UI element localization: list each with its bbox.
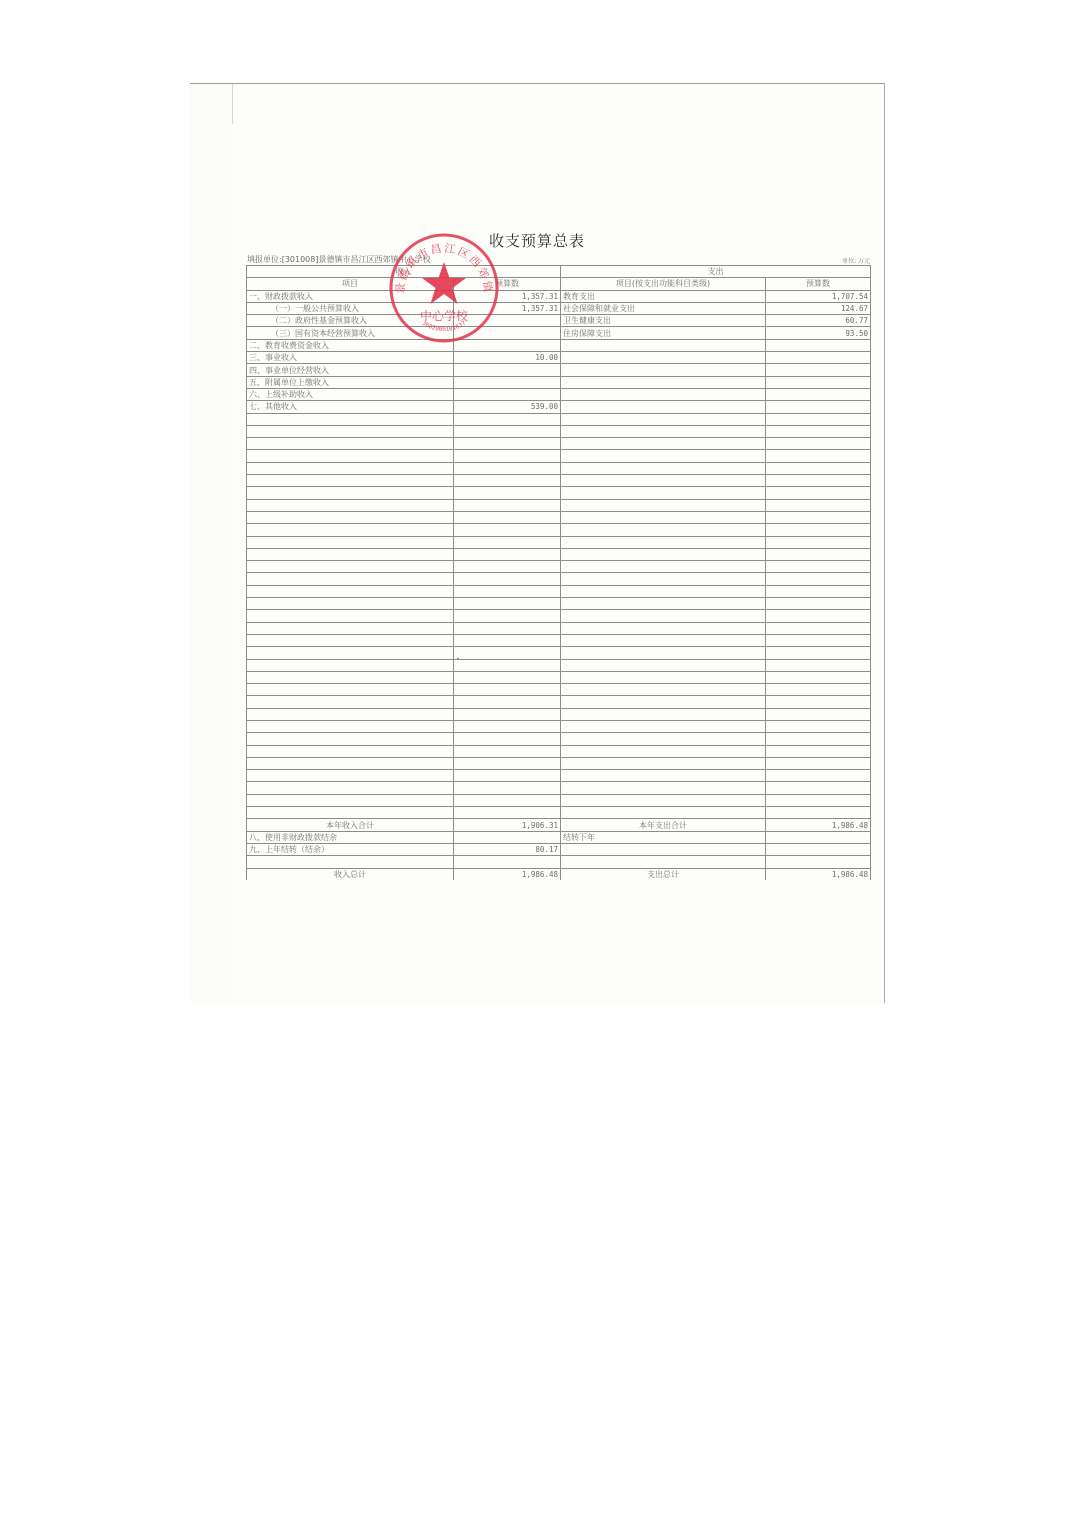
empty-cell [247, 585, 454, 597]
income-amount-cell [454, 364, 561, 376]
table-row: （一）一般公共预算收入1,357.31社会保障和就业支出124.67 [247, 302, 871, 314]
table-row: 一、财政拨款收入1,357.31教育支出1,707.54 [247, 290, 871, 302]
empty-cell [247, 450, 454, 462]
income-total-label: 收入总计 [247, 868, 454, 880]
empty-cell [561, 708, 766, 720]
scan-margin-shade [190, 84, 232, 1000]
empty-cell [454, 770, 561, 782]
empty-cell [247, 696, 454, 708]
empty-cell [766, 425, 871, 437]
empty-cell [766, 462, 871, 474]
income-subtotal-label: 本年收入合计 [247, 819, 454, 831]
empty-row [247, 634, 871, 646]
empty-cell [247, 757, 454, 769]
group-header-row: 收入 支出 [247, 266, 871, 278]
empty-cell [247, 794, 454, 806]
expense-amount-cell [766, 401, 871, 413]
expense-item-cell [561, 843, 766, 855]
empty-cell [561, 634, 766, 646]
empty-cell [561, 413, 766, 425]
fill-unit: 填报单位:[301008]景德镇市昌江区西郊镇中心学校 [247, 254, 430, 265]
empty-cell [454, 413, 561, 425]
empty-cell [561, 573, 766, 585]
empty-cell [454, 733, 561, 745]
empty-row [247, 585, 871, 597]
expense-item-cell [561, 352, 766, 364]
empty-cell [561, 524, 766, 536]
empty-row [247, 425, 871, 437]
empty-cell [247, 548, 454, 560]
expense-total-label: 支出总计 [561, 868, 766, 880]
empty-cell [561, 511, 766, 523]
expense-item-cell [561, 388, 766, 400]
income-item-cell: 八、使用非财政拨款结余 [247, 831, 454, 843]
empty-cell [454, 696, 561, 708]
empty-cell [247, 807, 454, 819]
empty-cell [454, 462, 561, 474]
empty-cell [766, 720, 871, 732]
empty-row [247, 561, 871, 573]
expense-amount-cell [766, 364, 871, 376]
empty-row [247, 696, 871, 708]
empty-cell [454, 794, 561, 806]
empty-cell [454, 475, 561, 487]
income-amount-cell: 1,357.31 [454, 290, 561, 302]
empty-cell [247, 462, 454, 474]
budget-table: 收入 支出 项目 预算数 项目(按支出功能科目类级) 预算数 一、财政拨款收入1… [246, 265, 871, 880]
income-total-amount: 1,986.48 [454, 868, 561, 880]
empty-cell [766, 524, 871, 536]
empty-cell [561, 733, 766, 745]
empty-cell [247, 475, 454, 487]
empty-row [247, 499, 871, 511]
empty-cell [561, 425, 766, 437]
income-amount-cell [454, 831, 561, 843]
empty-cell [766, 536, 871, 548]
empty-cell [766, 598, 871, 610]
empty-cell [247, 733, 454, 745]
empty-cell [561, 696, 766, 708]
empty-cell [454, 671, 561, 683]
empty-cell [454, 647, 561, 659]
empty-row [247, 684, 871, 696]
empty-cell [454, 561, 561, 573]
empty-row [247, 536, 871, 548]
empty-cell [561, 475, 766, 487]
income-group-header: 收入 [247, 266, 561, 278]
income-item-cell: 三、事业收入 [247, 352, 454, 364]
empty-cell [247, 524, 454, 536]
expense-amount-cell [766, 388, 871, 400]
empty-cell [561, 622, 766, 634]
empty-row [247, 548, 871, 560]
expense-group-header: 支出 [561, 266, 871, 278]
empty-row [247, 610, 871, 622]
income-amount-cell [454, 327, 561, 339]
empty-cell [247, 536, 454, 548]
empty-cell [561, 782, 766, 794]
empty-cell [247, 671, 454, 683]
income-amount-cell: 80.17 [454, 843, 561, 855]
empty-row [247, 462, 871, 474]
empty-cell [247, 745, 454, 757]
empty-cell [561, 598, 766, 610]
empty-cell [454, 450, 561, 462]
empty-row [247, 450, 871, 462]
empty-row [247, 573, 871, 585]
empty-cell [247, 622, 454, 634]
table-row [247, 856, 871, 868]
empty-row [247, 794, 871, 806]
empty-row [247, 720, 871, 732]
empty-cell [766, 770, 871, 782]
empty-row [247, 524, 871, 536]
empty-cell [454, 548, 561, 560]
empty-cell [766, 475, 871, 487]
empty-cell [247, 598, 454, 610]
income-item-cell: 一、财政拨款收入 [247, 290, 454, 302]
expense-item-cell [561, 339, 766, 351]
empty-row [247, 622, 871, 634]
expense-item-cell [561, 856, 766, 868]
expense-item-cell: 结转下年 [561, 831, 766, 843]
income-item-cell: （一）一般公共预算收入 [247, 302, 454, 314]
table-row: 四、事业单位经营收入 [247, 364, 871, 376]
empty-cell [766, 696, 871, 708]
expense-subtotal-amount: 1,986.48 [766, 819, 871, 831]
empty-cell [247, 647, 454, 659]
expense-total-amount: 1,986.48 [766, 868, 871, 880]
empty-cell [766, 548, 871, 560]
empty-cell [561, 487, 766, 499]
income-amount-cell: 10.00 [454, 352, 561, 364]
empty-row [247, 757, 871, 769]
empty-cell [561, 610, 766, 622]
empty-cell [766, 487, 871, 499]
empty-cell [561, 770, 766, 782]
empty-cell [561, 647, 766, 659]
empty-cell [247, 438, 454, 450]
empty-row [247, 807, 871, 819]
empty-cell [454, 807, 561, 819]
empty-row [247, 438, 871, 450]
expense-amount-cell [766, 339, 871, 351]
table-row: 六、上级补助收入 [247, 388, 871, 400]
expense-amount-cell [766, 352, 871, 364]
expense-amount-cell: 1,707.54 [766, 290, 871, 302]
empty-row [247, 659, 871, 671]
total-row: 收入总计1,986.48支出总计1,986.48 [247, 868, 871, 880]
empty-cell [766, 794, 871, 806]
empty-cell [247, 413, 454, 425]
empty-cell [247, 573, 454, 585]
empty-cell [454, 425, 561, 437]
empty-cell [454, 524, 561, 536]
empty-cell [454, 487, 561, 499]
empty-cell [766, 511, 871, 523]
empty-cell [561, 684, 766, 696]
empty-cell [766, 807, 871, 819]
empty-cell [766, 413, 871, 425]
empty-cell [454, 511, 561, 523]
empty-cell [766, 573, 871, 585]
empty-cell [247, 634, 454, 646]
empty-cell [561, 807, 766, 819]
empty-cell [766, 659, 871, 671]
income-amount-header: 预算数 [454, 278, 561, 290]
empty-cell [766, 561, 871, 573]
income-subtotal-amount: 1,906.31 [454, 819, 561, 831]
empty-cell [454, 610, 561, 622]
expense-amount-cell: 60.77 [766, 315, 871, 327]
empty-cell [454, 684, 561, 696]
empty-cell [454, 438, 561, 450]
empty-cell [561, 659, 766, 671]
scan-left-mark [232, 84, 233, 124]
empty-cell [247, 610, 454, 622]
empty-cell [766, 782, 871, 794]
empty-cell [454, 782, 561, 794]
income-amount-cell [454, 376, 561, 388]
empty-cell [766, 684, 871, 696]
table-row: 二、教育收费资金收入 [247, 339, 871, 351]
empty-row [247, 598, 871, 610]
income-amount-cell: 539.00 [454, 401, 561, 413]
scan-right-edge [884, 83, 885, 1003]
empty-cell [454, 585, 561, 597]
empty-cell [247, 487, 454, 499]
empty-cell [247, 782, 454, 794]
empty-cell [766, 647, 871, 659]
income-item-cell: 六、上级补助收入 [247, 388, 454, 400]
empty-cell [247, 511, 454, 523]
empty-row [247, 487, 871, 499]
empty-cell [561, 757, 766, 769]
income-amount-cell: 1,357.31 [454, 302, 561, 314]
empty-cell [561, 536, 766, 548]
income-item-cell: 四、事业单位经营收入 [247, 364, 454, 376]
expense-amount-cell [766, 856, 871, 868]
income-item-cell: 九、上年结转（结余） [247, 843, 454, 855]
empty-cell [561, 548, 766, 560]
empty-cell [454, 598, 561, 610]
empty-row [247, 413, 871, 425]
empty-row [247, 475, 871, 487]
expense-item-cell [561, 401, 766, 413]
empty-cell [561, 561, 766, 573]
empty-cell [766, 610, 871, 622]
empty-row [247, 770, 871, 782]
income-amount-cell [454, 856, 561, 868]
empty-row [247, 708, 871, 720]
empty-cell [766, 745, 871, 757]
table-row: 八、使用非财政拨款结余结转下年 [247, 831, 871, 843]
empty-row [247, 511, 871, 523]
empty-cell [766, 585, 871, 597]
empty-cell [766, 622, 871, 634]
currency-unit: 单位: 万元 [842, 256, 870, 265]
empty-row [247, 647, 871, 659]
empty-cell [766, 757, 871, 769]
empty-cell [247, 708, 454, 720]
income-amount-cell [454, 388, 561, 400]
empty-cell [561, 438, 766, 450]
income-item-header: 项目 [247, 278, 454, 290]
empty-cell [454, 708, 561, 720]
empty-cell [561, 745, 766, 757]
empty-row [247, 733, 871, 745]
empty-cell [454, 622, 561, 634]
expense-amount-cell: 93.50 [766, 327, 871, 339]
expense-amount-cell [766, 831, 871, 843]
expense-amount-cell: 124.67 [766, 302, 871, 314]
empty-cell [561, 499, 766, 511]
expense-item-cell: 教育支出 [561, 290, 766, 302]
income-item-cell: 二、教育收费资金收入 [247, 339, 454, 351]
empty-cell [454, 720, 561, 732]
empty-cell [247, 720, 454, 732]
empty-cell [766, 733, 871, 745]
empty-cell [561, 720, 766, 732]
empty-cell [454, 573, 561, 585]
income-item-cell: 七、其他收入 [247, 401, 454, 413]
empty-cell [247, 659, 454, 671]
empty-row [247, 745, 871, 757]
empty-cell [454, 757, 561, 769]
expense-amount-header: 预算数 [766, 278, 871, 290]
expense-item-cell [561, 364, 766, 376]
expense-subtotal-label: 本年支出合计 [561, 819, 766, 831]
expense-item-cell: 住房保障支出 [561, 327, 766, 339]
income-item-cell: （三）国有资本经营预算收入 [247, 327, 454, 339]
empty-cell [766, 450, 871, 462]
empty-cell [247, 561, 454, 573]
expense-item-cell: 社会保障和就业支出 [561, 302, 766, 314]
empty-cell [247, 684, 454, 696]
empty-cell [247, 499, 454, 511]
expense-amount-cell [766, 843, 871, 855]
empty-cell [247, 770, 454, 782]
table-row: （三）国有资本经营预算收入住房保障支出93.50 [247, 327, 871, 339]
table-row: 三、事业收入10.00 [247, 352, 871, 364]
empty-row [247, 782, 871, 794]
empty-cell [561, 585, 766, 597]
document-title: 收支预算总表 [0, 230, 1074, 251]
income-amount-cell [454, 315, 561, 327]
expense-item-cell: 卫生健康支出 [561, 315, 766, 327]
empty-cell [454, 634, 561, 646]
empty-cell [766, 634, 871, 646]
expense-item-header: 项目(按支出功能科目类级) [561, 278, 766, 290]
subtotal-row: 本年收入合计1,906.31本年支出合计1,986.48 [247, 819, 871, 831]
empty-cell [561, 794, 766, 806]
expense-item-cell [561, 376, 766, 388]
empty-cell [454, 499, 561, 511]
table-row: （二）政府性基金预算收入卫生健康支出60.77 [247, 315, 871, 327]
empty-cell [766, 438, 871, 450]
income-item-cell [247, 856, 454, 868]
table-row: 九、上年结转（结余）80.17 [247, 843, 871, 855]
empty-cell [454, 536, 561, 548]
empty-cell [454, 659, 561, 671]
table-row: 五、附属单位上缴收入 [247, 376, 871, 388]
empty-cell [766, 708, 871, 720]
empty-cell [454, 745, 561, 757]
empty-cell [561, 450, 766, 462]
column-header-row: 项目 预算数 项目(按支出功能科目类级) 预算数 [247, 278, 871, 290]
table-row: 七、其他收入539.00 [247, 401, 871, 413]
scan-top-edge [190, 83, 885, 84]
empty-cell [561, 462, 766, 474]
empty-cell [247, 425, 454, 437]
income-item-cell: 五、附属单位上缴收入 [247, 376, 454, 388]
empty-cell [766, 499, 871, 511]
income-amount-cell [454, 339, 561, 351]
expense-amount-cell [766, 376, 871, 388]
income-item-cell: （二）政府性基金预算收入 [247, 315, 454, 327]
empty-row [247, 671, 871, 683]
empty-cell [561, 671, 766, 683]
empty-cell [766, 671, 871, 683]
